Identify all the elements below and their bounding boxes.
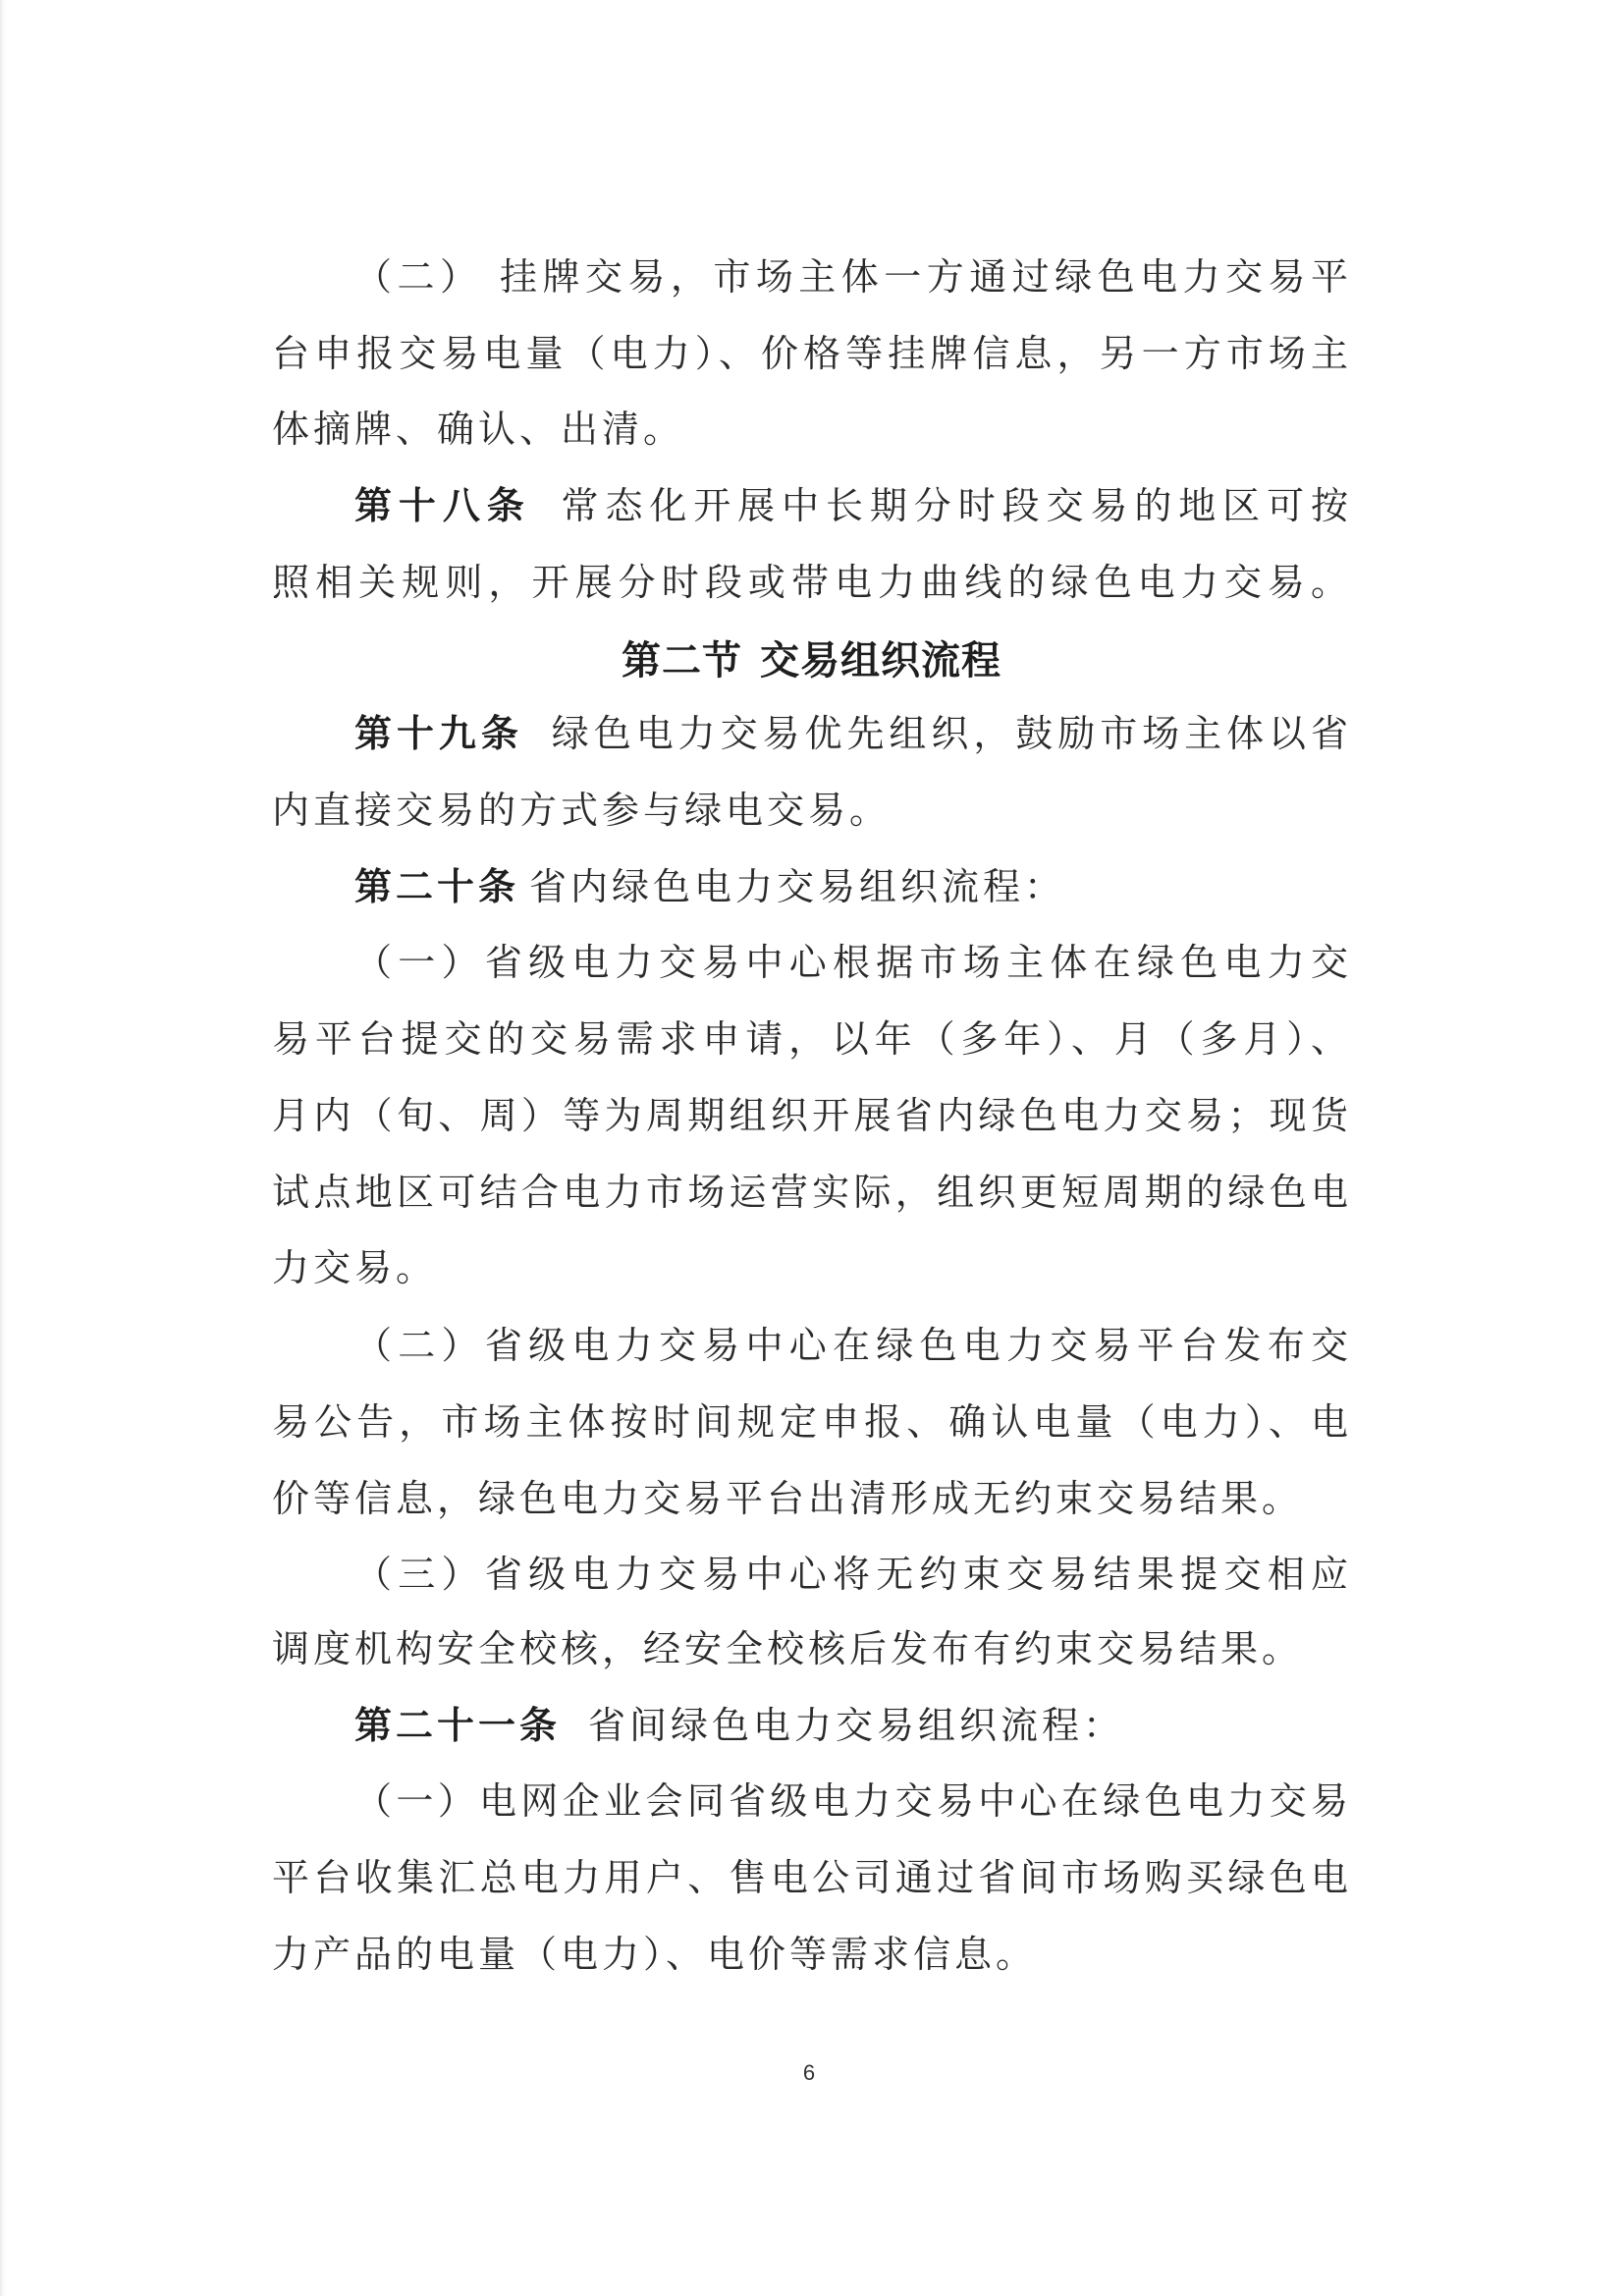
paragraph-line: 照相关规则，开展分时段或带电力曲线的绿色电力交易。 [272,558,1352,607]
paragraph-line: （二） 挂牌交易，市场主体一方通过绿色电力交易平 [354,252,1352,301]
article-text: 省间绿色电力交易组织流程： [588,1704,1124,1747]
paragraph-line: （三）省级电力交易中心将无约束交易结果提交相应 [354,1550,1352,1599]
paragraph-line: 体摘牌、确认、出清。 [272,405,1352,454]
article-21-first-line: 第二十一条省间绿色电力交易组织流程： [354,1701,1352,1750]
article-19-first-line: 第十九条绿色电力交易优先组织，鼓励市场主体以省 [354,709,1352,758]
article-text: 省内绿色电力交易组织流程： [529,865,1065,908]
paragraph-line: 力产品的电量（电力）、电价等需求信息。 [272,1930,1352,1979]
article-text: 常态化开展中长期分时段交易的地区可按 [559,484,1352,527]
paragraph-line: （二）省级电力交易中心在绿色电力交易平台发布交 [354,1321,1352,1370]
article-label: 第二十条 [354,865,519,908]
article-label: 第十九条 [354,712,523,755]
paragraph-line: 调度机构安全校核，经安全校核后发布有约束交易结果。 [272,1624,1352,1673]
article-label: 第二十一条 [354,1704,561,1747]
section-title: 交易组织流程 [760,638,1001,683]
paragraph-line: 平台收集汇总电力用户、售电公司通过省间市场购买绿色电 [272,1853,1352,1902]
article-text: 绿色电力交易优先组织，鼓励市场主体以省 [551,712,1352,755]
paragraph-line: 试点地区可结合电力市场运营实际，组织更短周期的绿色电 [272,1168,1352,1217]
document-page: （二） 挂牌交易，市场主体一方通过绿色电力交易平 台申报交易电量（电力）、价格等… [0,0,1623,2296]
article-label: 第十八条 [354,484,531,527]
paragraph-line: 力交易。 [272,1243,1352,1292]
article-20-first-line: 第二十条省内绿色电力交易组织流程： [354,862,1352,911]
paragraph-line: 月内（旬、周）等为周期组织开展省内绿色电力交易；现货 [272,1091,1352,1140]
article-18-first-line: 第十八条常态化开展中长期分时段交易的地区可按 [354,481,1352,530]
section-label: 第二节 [622,638,742,683]
paragraph-line: 内直接交易的方式参与绿电交易。 [272,786,1352,835]
paragraph-line: 易平台提交的交易需求申请，以年（多年）、月（多月）、 [272,1014,1352,1064]
paragraph-line: （一）电网企业会同省级电力交易中心在绿色电力交易 [354,1777,1352,1826]
section-heading: 第二节交易组织流程 [0,636,1623,685]
paragraph-line: 易公告，市场主体按时间规定申报、确认电量（电力）、电 [272,1397,1352,1447]
paragraph-line: 价等信息，绿色电力交易平台出清形成无约束交易结果。 [272,1474,1352,1523]
paragraph-line: （一）省级电力交易中心根据市场主体在绿色电力交 [354,938,1352,987]
paragraph-line: 台申报交易电量（电力）、价格等挂牌信息，另一方市场主 [272,329,1352,378]
page-number: 6 [797,2060,821,2086]
